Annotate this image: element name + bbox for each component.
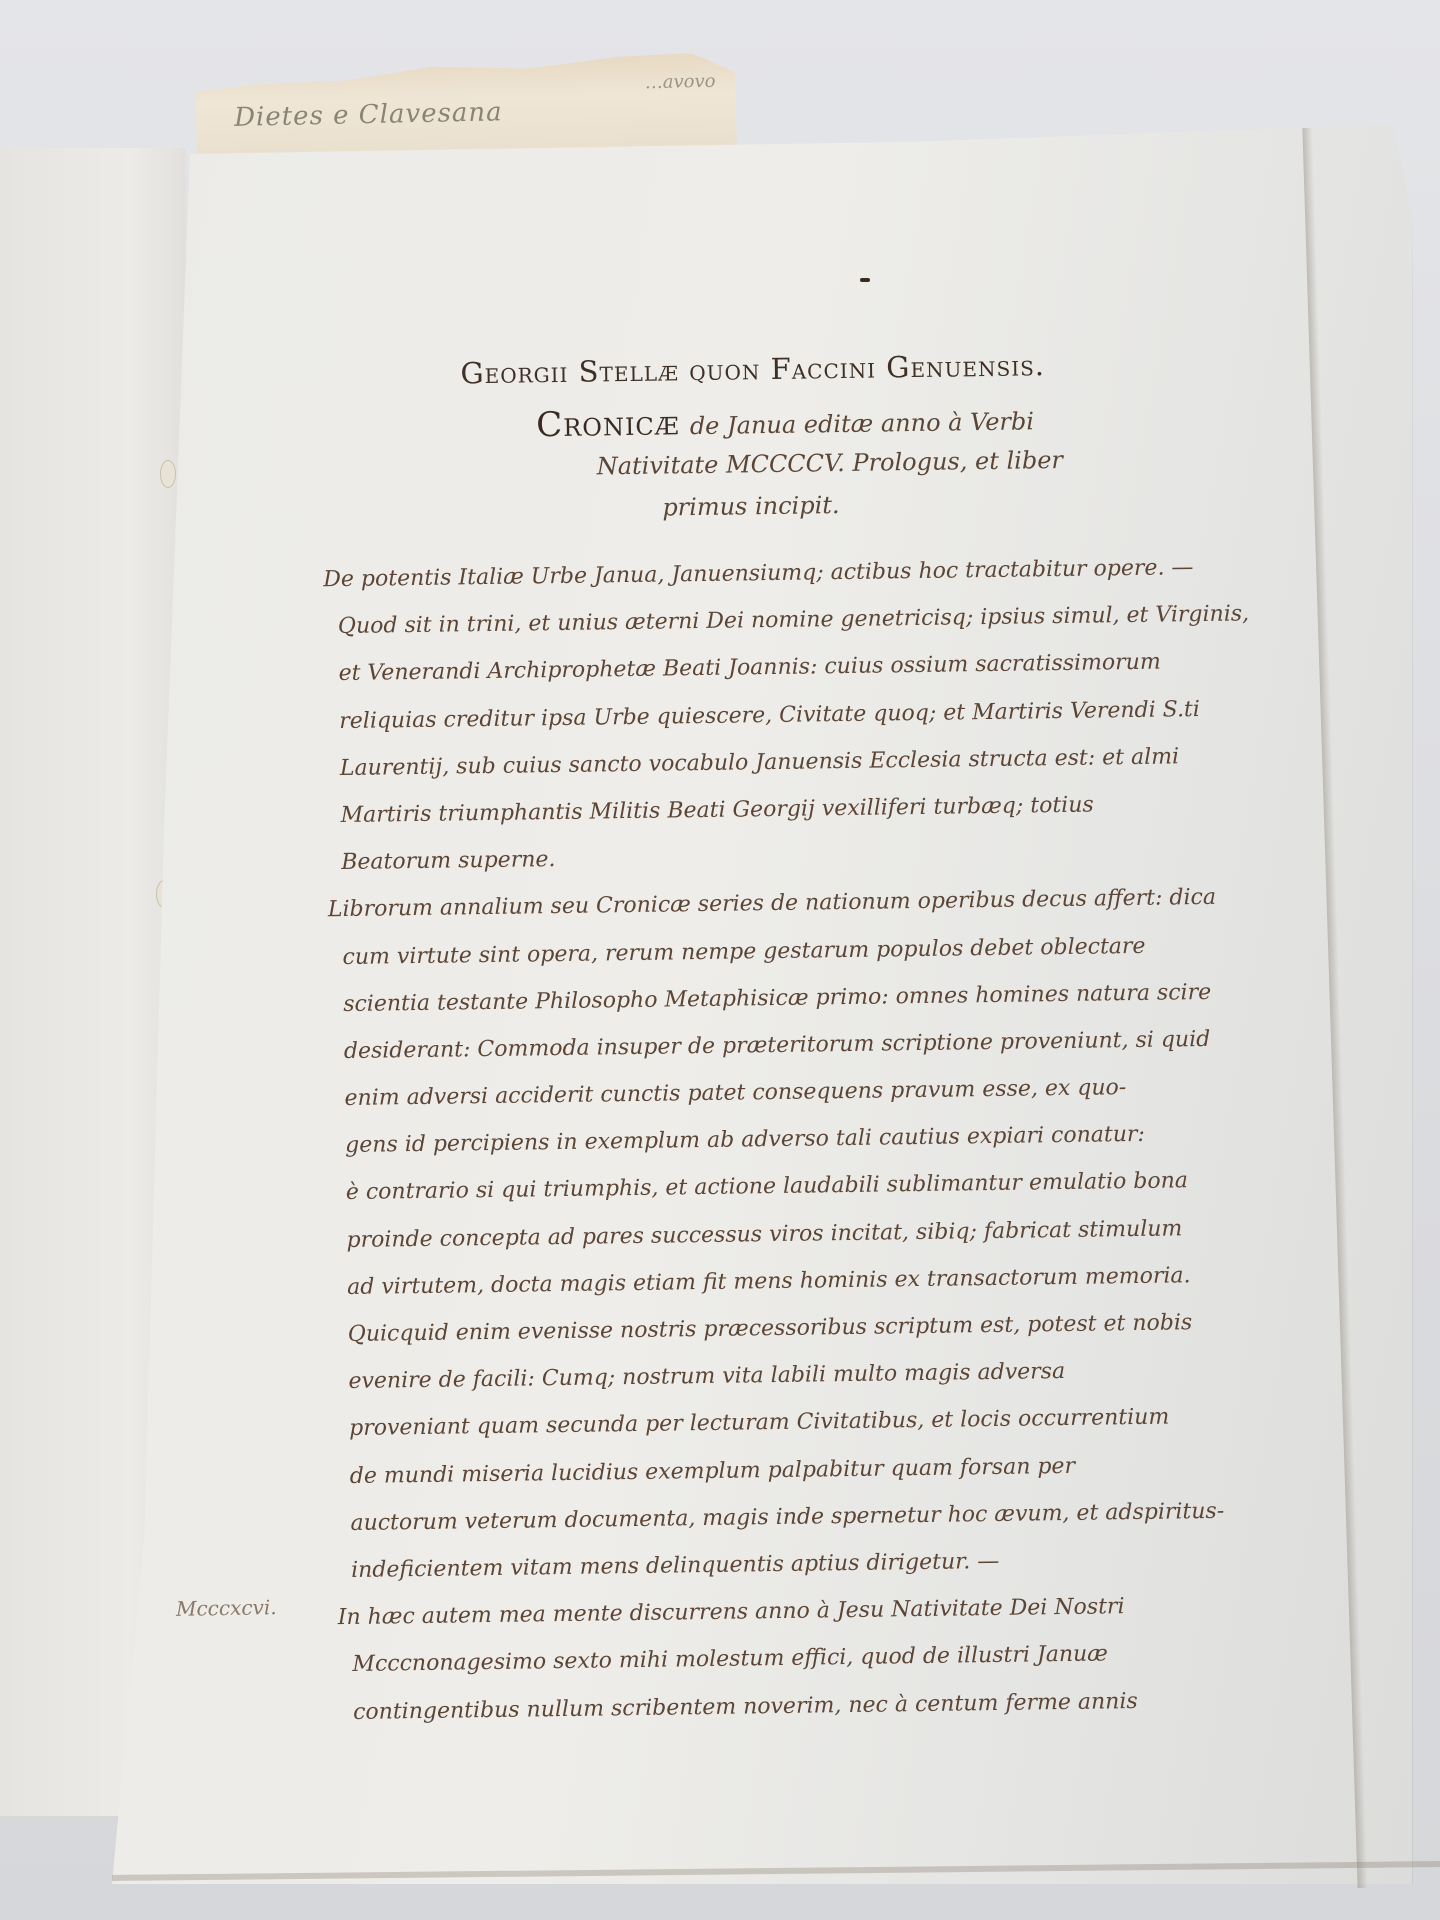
ink-dot xyxy=(860,278,870,282)
title-work-line: Cronicæde Janua editæ anno à Verbi xyxy=(536,398,1034,445)
title-cronicae: Cronicæ xyxy=(536,403,680,445)
title-line-4: primus incipit. xyxy=(662,491,840,521)
binding-tie xyxy=(160,460,176,488)
margin-date-note: Mcccxcvi. xyxy=(176,1595,277,1621)
label-handwriting: Dietes e Clavesana xyxy=(234,97,503,133)
title-line-2-rest: de Janua editæ anno à Verbi xyxy=(690,407,1034,440)
body-text: De potentis Italiæ Urbe Janua, Januensiu… xyxy=(323,544,1239,1736)
label-faint-handwriting: …avovo xyxy=(645,71,716,93)
